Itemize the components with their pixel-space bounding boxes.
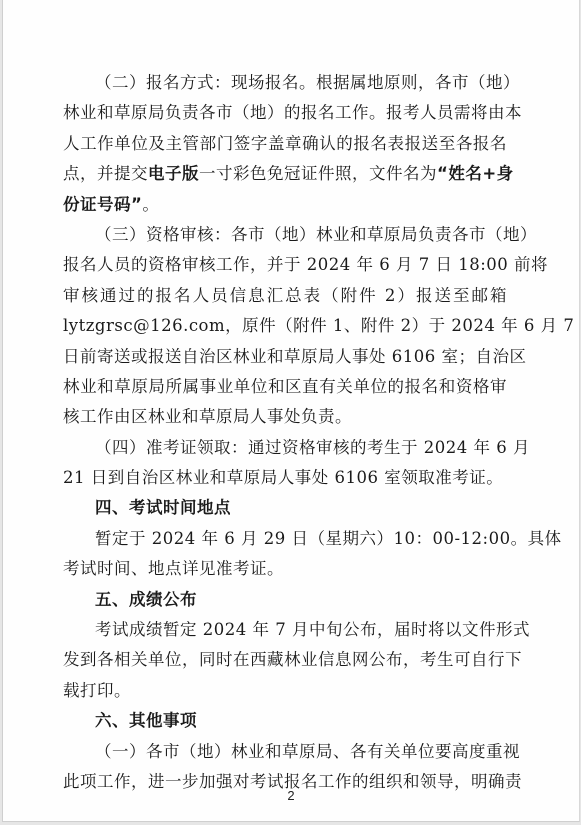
text-run: 。 [142, 195, 159, 214]
paragraph-line: 日前寄送或报送自治区林业和草原局人事处 6106 室；自治区 [63, 342, 507, 372]
paragraph-line: （三）资格审核：各市（地）林业和草原局负责各市（地） [63, 220, 507, 250]
paragraph-line: 载打印。 [63, 676, 507, 706]
paragraph-line: 21 日到自治区林业和草原局人事处 6106 室领取准考证。 [63, 463, 507, 493]
paragraph-line: 审核通过的报名人员信息汇总表（附件 2）报送至邮箱 [63, 281, 507, 311]
paragraph-line: （四）准考证领取：通过资格审核的考生于 2024 年 6 月 [63, 433, 507, 463]
paragraph-line: 人工作单位及主管部门签字盖章确认的报名表报送至各报名 [63, 129, 507, 159]
paragraph-line: （一）各市（地）林业和草原局、各有关单位要高度重视 [63, 737, 507, 767]
page-number: 2 [3, 788, 579, 803]
paragraph-line: 林业和草原局负责各市（地）的报名工作。报考人员需将由本 [63, 98, 507, 128]
bold-text: 份证号码” [63, 195, 142, 214]
bold-text: “姓名+身 [437, 164, 514, 183]
paragraph-line: 报名人员的资格审核工作，并于 2024 年 6 月 7 日 18:00 前将 [63, 250, 507, 280]
paragraph-line: 暂定于 2024 年 6 月 29 日（星期六）10：00-12:00。具体 [63, 524, 507, 554]
paragraph-line: 发到各相关单位，同时在西藏林业信息网公布，考生可自行下 [63, 645, 507, 675]
text-run: 点，并提交 [63, 164, 148, 183]
bold-text: 电子版 [148, 164, 199, 183]
paragraph-line: （二）报名方式：现场报名。根据属地原则，各市（地） [63, 68, 507, 98]
paragraph-line: 考试成绩暂定 2024 年 7 月中旬公布，届时将以文件形式 [63, 615, 507, 645]
paragraph-line: lytzgrsc@126.com，原件（附件 1、附件 2）于 2024 年 6… [63, 311, 507, 341]
section-heading: 五、成绩公布 [63, 585, 507, 615]
paragraph-line: 林业和草原局所属事业单位和区直有关单位的报名和资格审 [63, 372, 507, 402]
text-run: 一寸彩色免冠证件照，文件名为 [199, 164, 437, 183]
document-body: （二）报名方式：现场报名。根据属地原则，各市（地） 林业和草原局负责各市（地）的… [63, 68, 507, 797]
paragraph-line: 份证号码”。 [63, 190, 507, 220]
paragraph-line: 核工作由区林业和草原局人事处负责。 [63, 402, 507, 432]
document-page: （二）报名方式：现场报名。根据属地原则，各市（地） 林业和草原局负责各市（地）的… [2, 0, 580, 822]
section-heading: 六、其他事项 [63, 706, 507, 736]
section-heading: 四、考试时间地点 [63, 493, 507, 523]
paragraph-line: 考试时间、地点详见准考证。 [63, 554, 507, 584]
paragraph-line: 点，并提交电子版一寸彩色免冠证件照，文件名为“姓名+身 [63, 159, 507, 189]
